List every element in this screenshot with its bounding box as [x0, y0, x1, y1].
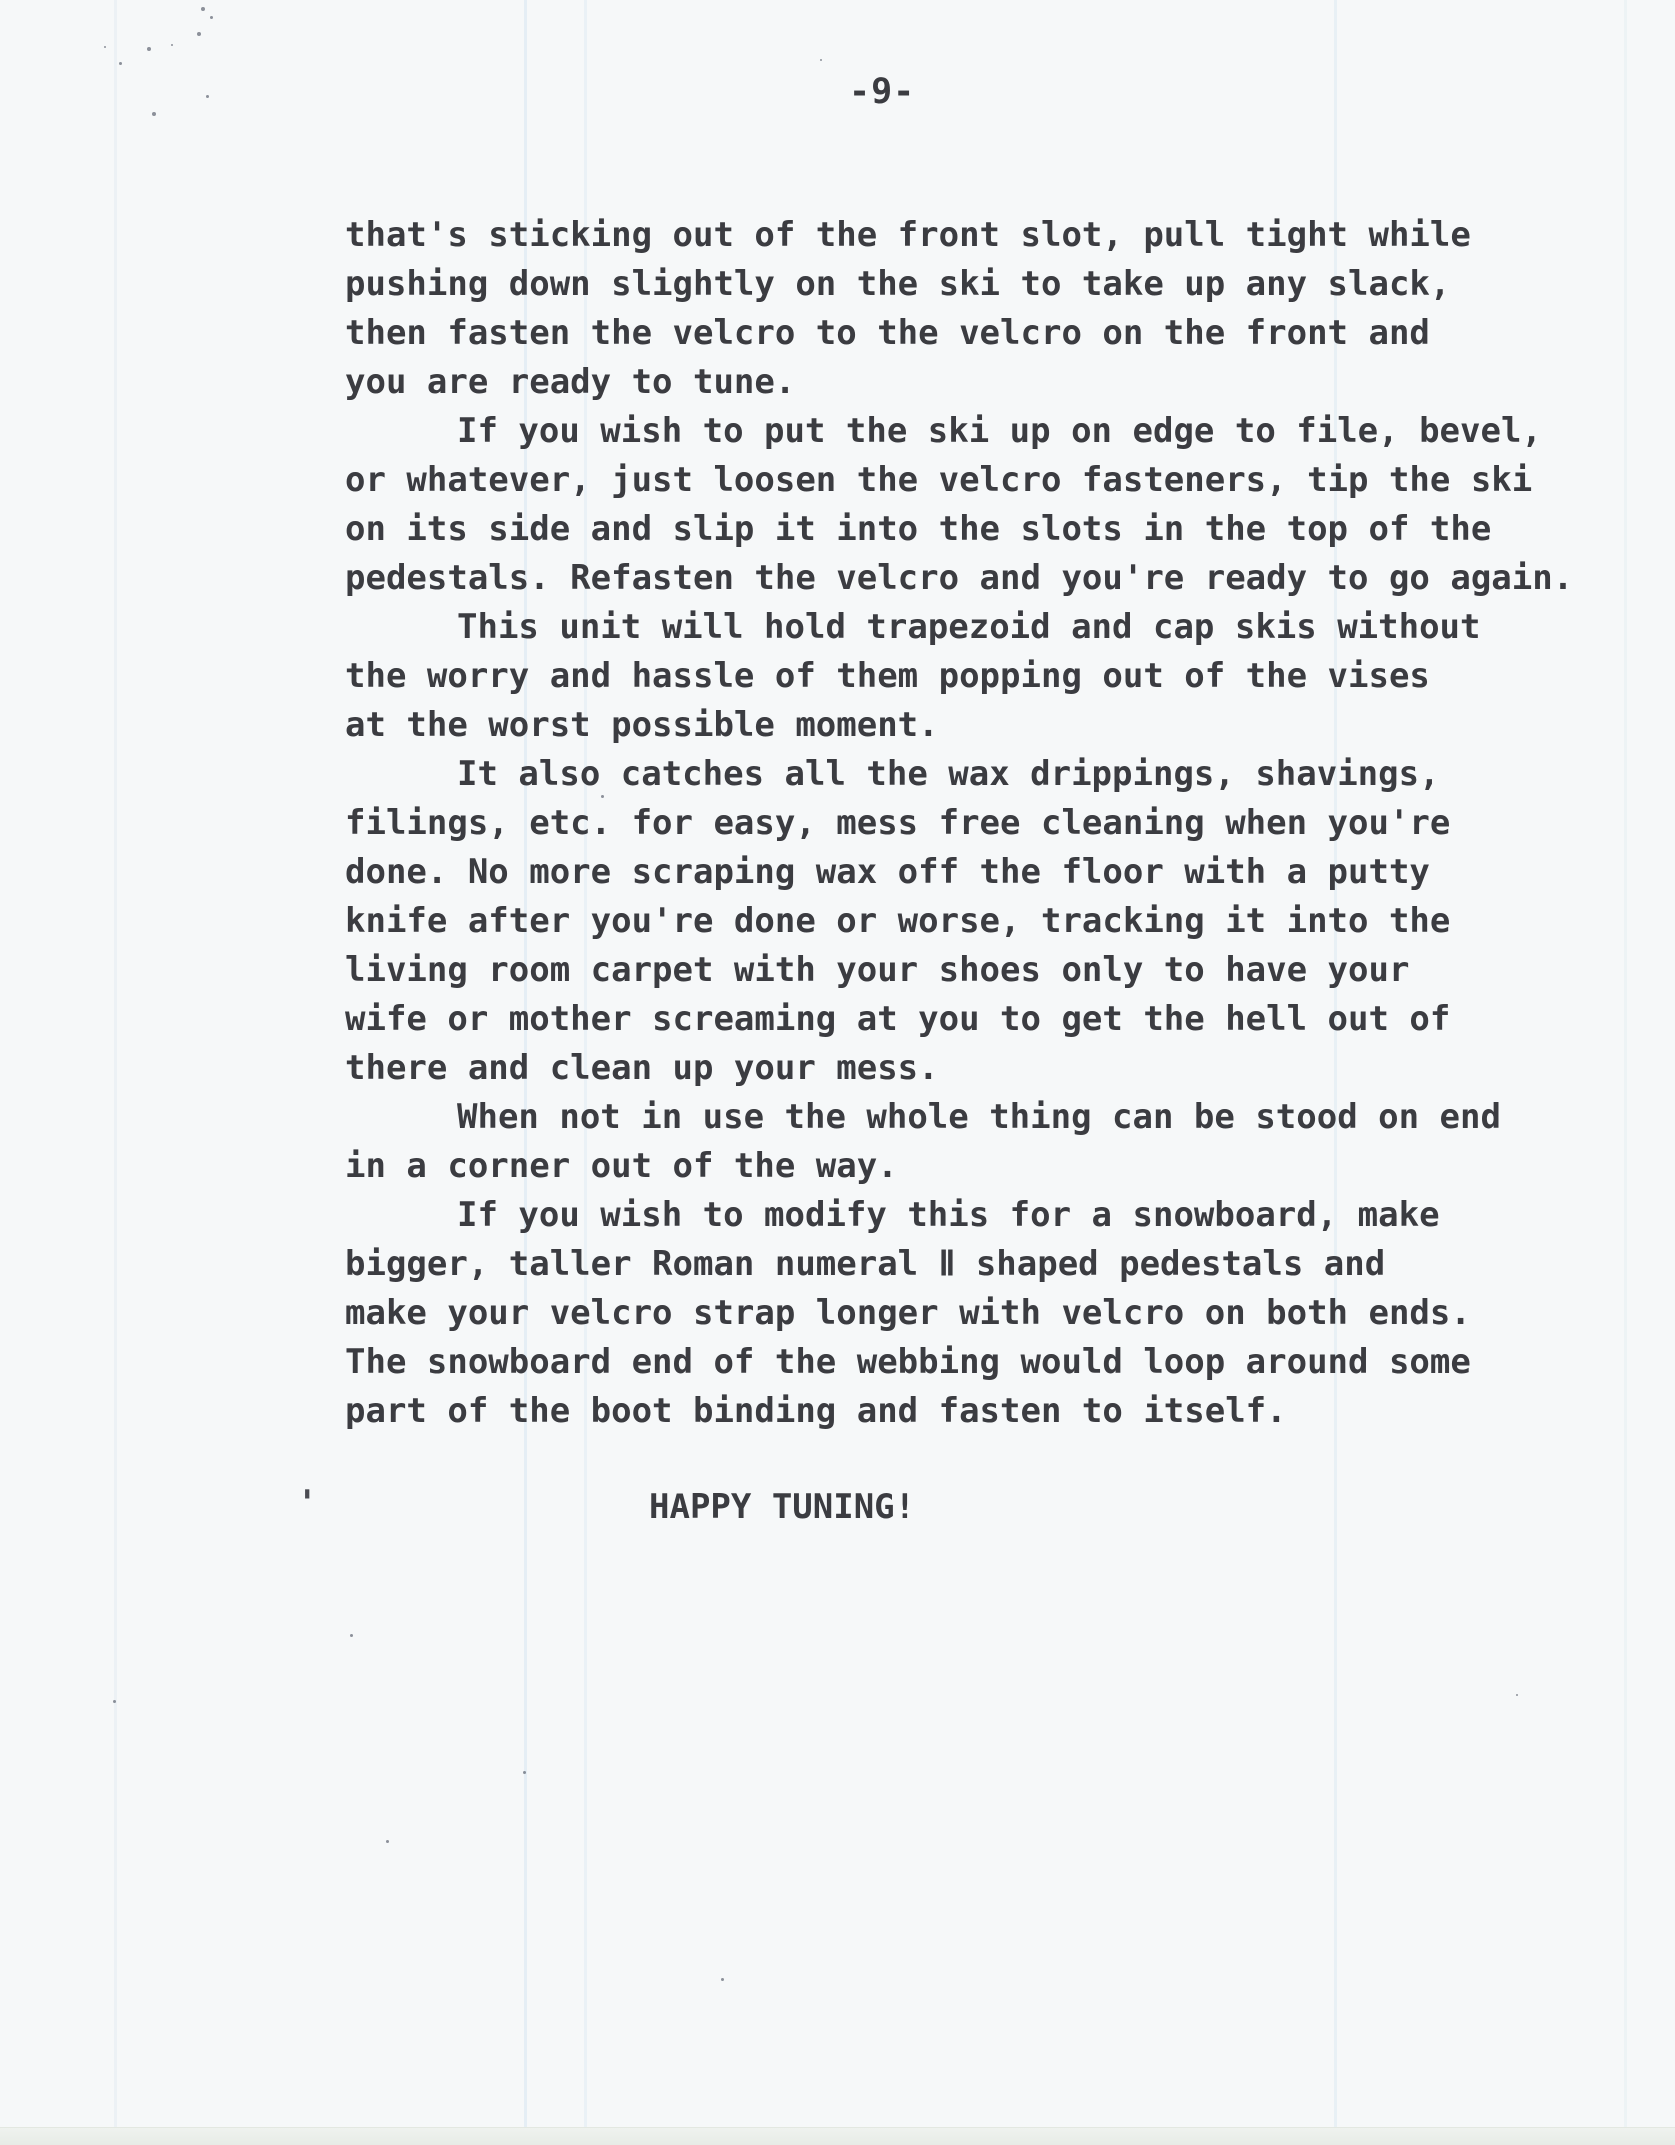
text-line: make your velcro strap longer with velcr…: [345, 1289, 1605, 1338]
text-line: The snowboard end of the webbing would l…: [345, 1338, 1605, 1387]
page-number: -9-: [849, 72, 915, 112]
speckle-dot: [721, 1978, 724, 1981]
speckle-dot: [350, 1634, 353, 1637]
text-line: that's sticking out of the front slot, p…: [345, 211, 1605, 260]
text-line: It also catches all the wax drippings, s…: [345, 750, 1605, 799]
text-line: the worry and hassle of them popping out…: [345, 652, 1605, 701]
speckle-dot: [152, 112, 156, 116]
text-line: pushing down slightly on the ski to take…: [345, 260, 1605, 309]
text-line: on its side and slip it into the slots i…: [345, 505, 1605, 554]
speckle-dot: [113, 1700, 116, 1703]
speckle-dot: [119, 62, 122, 65]
text-line: then fasten the velcro to the velcro on …: [345, 309, 1605, 358]
text-line: in a corner out of the way.: [345, 1142, 1605, 1191]
speckle-dot: [197, 32, 201, 36]
text-line: If you wish to modify this for a snowboa…: [345, 1191, 1605, 1240]
text-line: This unit will hold trapezoid and cap sk…: [345, 603, 1605, 652]
document-body: that's sticking out of the front slot, p…: [345, 211, 1605, 1436]
speckle-dot: [523, 1771, 526, 1774]
text-line: bigger, taller Roman numeral Ⅱ shaped pe…: [345, 1240, 1605, 1289]
text-line: wife or mother screaming at you to get t…: [345, 995, 1605, 1044]
text-line: When not in use the whole thing can be s…: [345, 1093, 1605, 1142]
speckle-dot: [147, 47, 151, 51]
scan-bottom-edge: [0, 2127, 1675, 2145]
closing-line: HAPPY TUNING!: [649, 1483, 915, 1532]
text-line: living room carpet with your shoes only …: [345, 946, 1605, 995]
text-line: at the worst possible moment.: [345, 701, 1605, 750]
text-line: or whatever, just loosen the velcro fast…: [345, 456, 1605, 505]
speckle-dot: [820, 59, 822, 61]
text-line: part of the boot binding and fasten to i…: [345, 1387, 1605, 1436]
text-line: done. No more scraping wax off the floor…: [345, 848, 1605, 897]
text-line: pedestals. Refasten the velcro and you'r…: [345, 554, 1605, 603]
speckle-dot: [206, 95, 209, 98]
text-line: there and clean up your mess.: [345, 1044, 1605, 1093]
speckle-dot: [171, 44, 173, 46]
speckle-dot: [386, 1840, 389, 1843]
text-line: If you wish to put the ski up on edge to…: [345, 407, 1605, 456]
speckle-dot: [1516, 1694, 1518, 1696]
scan-streak: [114, 0, 117, 2145]
text-line: knife after you're done or worse, tracki…: [345, 897, 1605, 946]
text-line: filings, etc. for easy, mess free cleani…: [345, 799, 1605, 848]
speckle-dot: [201, 7, 205, 11]
stray-apostrophe-mark: ': [297, 1483, 317, 1523]
speckle-dot: [104, 46, 106, 48]
text-line: you are ready to tune.: [345, 358, 1605, 407]
speckle-dot: [210, 16, 213, 19]
scan-streak: [1624, 0, 1627, 2145]
scanned-typewritten-page: -9- that's sticking out of the front slo…: [0, 0, 1675, 2145]
